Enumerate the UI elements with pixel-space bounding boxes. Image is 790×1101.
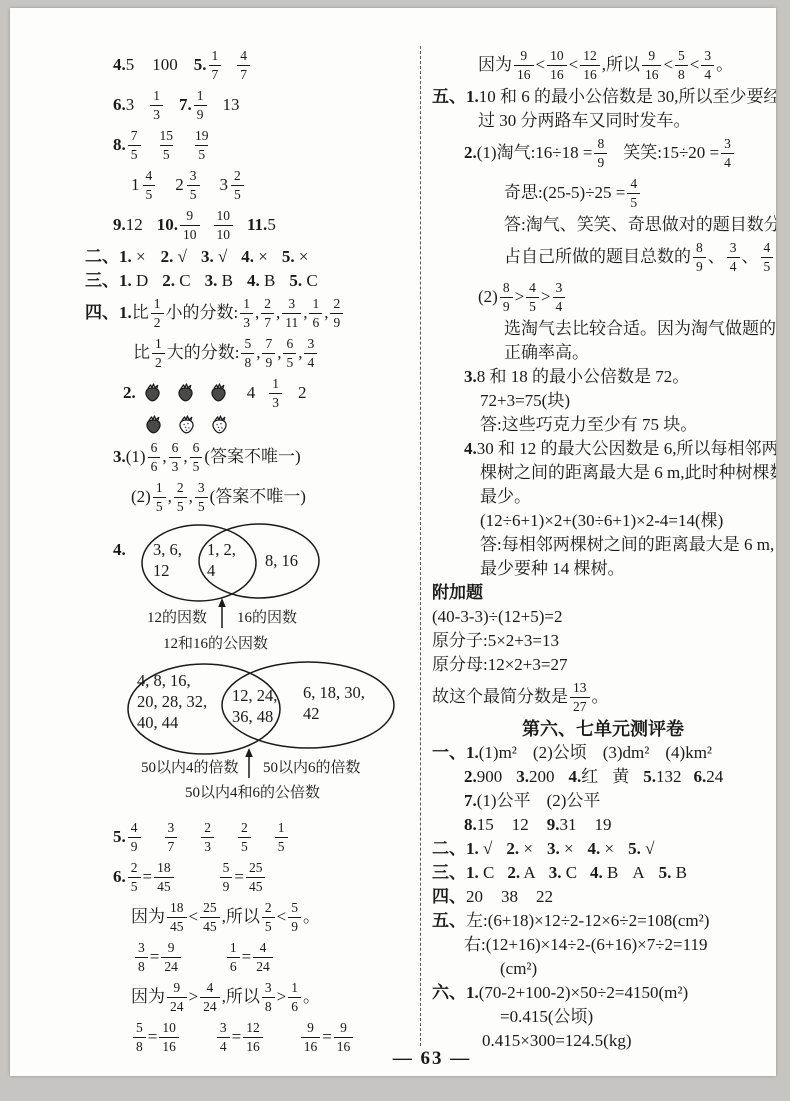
fraction: 424 [200, 980, 220, 1014]
fraction: 195 [192, 128, 212, 162]
answer-text: = [148, 1026, 158, 1048]
strawberry-outline-icon [208, 415, 231, 436]
fraction: 25 [238, 820, 251, 854]
item-marker: 9. [547, 814, 560, 836]
fraction: 45 [526, 280, 539, 314]
fraction: 924 [161, 940, 181, 974]
answer-line: (2)15,25,35(答案不唯一) [85, 478, 415, 516]
answer-text: (3)dm² [603, 742, 650, 764]
answer-text: 3 [126, 94, 135, 116]
answer-text: 200 [529, 766, 555, 788]
strawberry-outline-icon [175, 415, 198, 436]
fraction: 1845 [167, 900, 187, 934]
fraction: 89 [693, 240, 706, 274]
answer-line: 五、1.10 和 6 的最小公倍数是 30,所以至少要经 [432, 86, 774, 108]
answer-column-left: 4.51005.17476.3137.19138.751551951452353… [85, 46, 415, 1058]
answer-line: 8.15129.3119 [432, 814, 774, 836]
mixed-number: 145 [131, 166, 157, 204]
fraction: 34 [217, 1020, 230, 1054]
answer-text: 100 [152, 54, 178, 76]
answer-line: 三、1. D2. C3. B4. B5. C [85, 270, 415, 292]
fraction: 916 [301, 1020, 321, 1054]
fraction: 34 [553, 280, 566, 314]
answer-text: (2) [478, 286, 498, 308]
answer-text: < [189, 906, 199, 928]
fraction: 45 [761, 240, 774, 274]
answer-text: 原分子:5×2+3=13 [432, 630, 559, 652]
answer-line: 7.(1)公平(2)公平 [432, 790, 774, 812]
answer-line: 四、203822 [432, 886, 774, 908]
fraction: 15 [153, 480, 166, 514]
answer-text: 12 [126, 214, 143, 236]
fraction: 59 [288, 900, 301, 934]
answer-line: 一、1.(1)m²(2)公顷(3)dm²(4)km² [432, 742, 774, 764]
column-divider-dashed-line [420, 46, 421, 1046]
answer-text: > [277, 986, 287, 1008]
answer-line: 二、1. √2. ×3. ×4. ×5. √ [432, 838, 774, 860]
answer-text: (40-3-3)÷(12+5)=2 [432, 606, 562, 628]
answer-text: (1)m² [479, 742, 517, 764]
fraction: 65 [283, 336, 296, 370]
fraction: 13 [150, 88, 163, 122]
answer-text: (cm²) [500, 958, 537, 980]
item-marker: 7. [464, 790, 477, 812]
answer-text: 大的分数: [167, 342, 240, 364]
answer-text: 答:淘气、笑笑、奇思做对的题目数分别 [504, 214, 776, 236]
venn-right-label: 16的因数 [237, 606, 297, 627]
fraction: 13 [269, 376, 282, 410]
answer-text: = [242, 946, 252, 968]
answer-text: (2)公顷 [533, 742, 587, 764]
fraction: 38 [135, 940, 148, 974]
fraction: 65 [190, 440, 203, 474]
answer-text: , [277, 342, 281, 364]
fraction: 45 [143, 168, 156, 202]
answer-text: 正确率高。 [504, 342, 589, 364]
fraction: 12 [151, 296, 164, 330]
item-marker: 4. [241, 246, 254, 268]
left-column-lower-lines: 5.49372325156.25=184559=2545因为1845<2545,… [85, 818, 415, 1056]
fraction: 311 [282, 296, 301, 330]
answer-line: 2.9003.2004.红黄5.1326.24 [432, 766, 774, 788]
answer-text: 因为 [478, 54, 512, 76]
item-marker: 2. [506, 838, 519, 860]
venn-right-set: 8, 16 [265, 550, 298, 571]
answer-text: 10 和 6 的最小公倍数是 30,所以至少要经 [479, 86, 776, 108]
answer-text: B [260, 270, 276, 292]
venn-left-set: 4, 8, 16, 20, 28, 32, 40, 44 [137, 670, 207, 733]
answer-text: B [217, 270, 233, 292]
answer-line: 145235325 [85, 166, 415, 204]
answer-text: 22 [536, 886, 553, 908]
answer-text: × [295, 246, 309, 268]
answer-line: 4.51005.1747 [85, 46, 415, 84]
fraction: 155 [157, 128, 177, 162]
right-column-lines: 因为916<1016<1216,所以916<58<34。五、1.10 和 6 的… [432, 46, 774, 1052]
answer-text: 0.415×300=124.5(kg) [482, 1030, 632, 1052]
fraction: 1010 [214, 208, 234, 242]
answer-line: 三、1. C2. A3. C4. BA5. B [432, 862, 774, 884]
answer-text: 72+3=75(块) [480, 390, 570, 412]
answer-line: 因为924>424,所以38>16。 [85, 978, 415, 1016]
item-marker: 三、1. [85, 270, 132, 292]
item-marker: 2. [161, 246, 174, 268]
answer-text: 过 30 分两路车又同时发车。 [478, 110, 691, 132]
answer-line: 2.(1)淘气:16÷18 =89笑笑:15÷20 =34 [432, 134, 774, 172]
answer-text: × [254, 246, 268, 268]
answer-text: (1)淘气:16÷18 = [477, 142, 593, 164]
item-marker: 5. [194, 54, 207, 76]
answer-line: (40-3-3)÷(12+5)=2 [432, 606, 774, 628]
answer-text: < [277, 906, 287, 928]
answer-text: = [322, 1026, 332, 1048]
fraction: 34 [304, 336, 317, 370]
answer-text: , [298, 342, 302, 364]
item-marker: 四、1. [85, 302, 132, 324]
fraction: 75 [128, 128, 141, 162]
answer-line: 因为916<1016<1216,所以916<58<34。 [432, 46, 774, 84]
answer-text: D [132, 270, 149, 292]
item-marker: 10. [157, 214, 178, 236]
answer-line: (2)89>45>34 [432, 278, 774, 316]
item-marker: 7. [179, 94, 192, 116]
answer-line: 四、1.比12小的分数:13,27,311,16,29 [85, 294, 415, 332]
item-marker: 5. [628, 838, 641, 860]
answer-line: 二、1. ×2. √3. √4. ×5. × [85, 246, 415, 268]
answer-text: < [690, 54, 700, 76]
venn-left-set: 3, 6, 12 [153, 539, 182, 581]
fraction: 916 [334, 1020, 354, 1054]
venn-left-label: 50以内4的倍数 [141, 756, 239, 777]
fraction: 16 [288, 980, 301, 1014]
answer-line: 选淘气去比较合适。因为淘气做题的 [432, 318, 774, 340]
fraction: 45 [627, 176, 640, 210]
answer-text: 20 [466, 886, 483, 908]
strawberry-filled-icon [142, 415, 165, 436]
answer-text: 900 [477, 766, 503, 788]
answer-text: (2) [131, 486, 151, 508]
answer-text: > [189, 986, 199, 1008]
answer-text: 比 [132, 302, 149, 324]
answer-text: C [561, 862, 577, 884]
item-number: 4. [113, 540, 126, 560]
answer-text: , [256, 342, 260, 364]
fraction: 916 [514, 48, 534, 82]
fraction: 2545 [200, 900, 220, 934]
item-marker: 二、1. [432, 838, 479, 860]
fraction: 17 [209, 48, 222, 82]
fraction: 59 [220, 860, 233, 894]
answer-text: 、 [708, 246, 725, 268]
fraction: 89 [594, 136, 607, 170]
answer-text: 。 [716, 54, 733, 76]
answer-text: (1) [126, 446, 146, 468]
answer-text: > [541, 286, 551, 308]
item-marker: 2. [162, 270, 175, 292]
answer-text: A [520, 862, 536, 884]
answer-text: 答:这些巧克力至少有 75 块。 [480, 414, 697, 436]
answer-text: 笑笑:15÷20 = [623, 142, 719, 164]
answer-text: B [603, 862, 619, 884]
answer-line: 8.75155195 [85, 126, 415, 164]
item-marker: 4. [590, 862, 603, 884]
answer-text: 黄 [612, 766, 629, 788]
answer-text: (2)公平 [547, 790, 601, 812]
answer-text: 原分母:12×2+3=27 [432, 654, 568, 676]
fraction: 910 [180, 208, 200, 242]
item-marker: 8. [113, 134, 126, 156]
answer-text: 38 [501, 886, 518, 908]
venn-intersection-label: 50以内4和6的公倍数 [185, 781, 320, 802]
answer-line: 3.8 和 18 的最小公倍数是 72。 [432, 366, 774, 388]
answer-text: √ [641, 838, 655, 860]
answer-text: 选淘气去比较合适。因为淘气做题的 [504, 318, 776, 340]
answer-text: 最少要种 14 棵树。 [480, 558, 625, 580]
answer-line: 原分子:5×2+3=13 [432, 630, 774, 652]
fraction: 1016 [159, 1020, 179, 1054]
answer-text: 红 [581, 766, 598, 788]
answer-text: 30 和 12 的最大公因数是 6,所以每相邻两 [477, 438, 776, 460]
answer-line: 奇思:(25-5)÷25 =45 [432, 174, 774, 212]
fraction: 38 [262, 980, 275, 1014]
answer-text: 12 [512, 814, 529, 836]
item-marker: 二、1. [85, 246, 132, 268]
answer-text: 小的分数: [166, 302, 239, 324]
answer-text: < [663, 54, 673, 76]
fraction: 27 [261, 296, 274, 330]
answer-text: ,所以 [602, 54, 640, 76]
fraction: 25 [174, 480, 187, 514]
answer-text: = [143, 866, 153, 888]
item-marker: 2. [507, 862, 520, 884]
item-marker: 9. [113, 214, 126, 236]
venn-diagram-common-multiples: 4, 8, 16, 20, 28, 32, 40, 44 12, 24, 36,… [85, 660, 415, 812]
answer-line: 2.4132 [85, 374, 415, 412]
item-marker: 2. [123, 382, 136, 404]
venn-left-label: 12的因数 [147, 606, 207, 627]
item-marker: 4. [247, 270, 260, 292]
answer-text: ,所以 [222, 906, 260, 928]
fraction: 34 [701, 48, 714, 82]
answer-text: (答案不唯一) [204, 446, 300, 468]
item-marker: 8. [464, 814, 477, 836]
item-marker: 3. [113, 446, 126, 468]
item-marker: 五、 [432, 910, 466, 932]
answer-line: 72+3=75(块) [432, 390, 774, 412]
venn-intersection-set: 12, 24, 36, 48 [232, 685, 277, 727]
answer-text: 最少。 [480, 486, 531, 508]
answer-text: × [519, 838, 533, 860]
answer-text: 15 [477, 814, 494, 836]
fraction: 2545 [246, 860, 266, 894]
answer-text: 24 [706, 766, 723, 788]
answer-text: × [132, 246, 146, 268]
answer-text: A [632, 862, 644, 884]
fraction: 25 [231, 168, 244, 202]
fraction: 15 [275, 820, 288, 854]
item-marker: 4. [113, 54, 126, 76]
answer-text: < [569, 54, 579, 76]
answer-text: 。 [303, 906, 320, 928]
fraction: 63 [169, 440, 182, 474]
answer-text: 。 [303, 986, 320, 1008]
answer-line: 比12大的分数:58,79,65,34 [85, 334, 415, 372]
answer-text: C [175, 270, 191, 292]
answer-line: 故这个最简分数是1327。 [432, 678, 774, 716]
answer-line: 最少。 [432, 486, 774, 508]
fraction: 89 [500, 280, 513, 314]
item-marker: 5. [289, 270, 302, 292]
answer-text: > [515, 286, 525, 308]
fraction: 47 [237, 48, 250, 82]
answer-text: 右:(12+16)×14÷2-(6+16)×7÷2=119 [464, 934, 708, 956]
answer-text: 132 [656, 766, 682, 788]
answer-text: × [560, 838, 574, 860]
fraction: 23 [201, 820, 214, 854]
answer-text: √ [173, 246, 187, 268]
fraction: 16 [227, 940, 240, 974]
item-marker: 6. [113, 866, 126, 888]
venn-intersection-set: 1, 2, 4 [207, 539, 236, 581]
answer-text: , [303, 302, 307, 324]
answer-text: (答案不唯一) [210, 486, 306, 508]
mixed-number: 235 [175, 166, 201, 204]
answer-text: , [162, 446, 166, 468]
item-marker: 3. [205, 270, 218, 292]
item-marker: 五、1. [432, 86, 479, 108]
venn-intersection-label: 12和16的公因数 [163, 632, 268, 653]
item-marker: 3. [464, 366, 477, 388]
fraction: 66 [148, 440, 161, 474]
item-marker: 3. [201, 246, 214, 268]
answer-line: 五、左:(6+18)×12÷2-12×6÷2=108(cm²) [432, 910, 774, 932]
fraction: 13 [240, 296, 253, 330]
item-marker: 3. [549, 862, 562, 884]
answer-text: (1)公平 [477, 790, 531, 812]
answer-line: 占自己所做的题目总数的89、34、45。 [432, 238, 774, 276]
answer-text: 2 [298, 382, 307, 404]
answer-text: × [600, 838, 614, 860]
venn-diagram-common-factors: 4. 3, 6, 12 1, 2, 4 8, 16 12的因数 16的因数 12… [85, 522, 415, 656]
fraction: 12 [152, 336, 165, 370]
answer-line: 六、1.(70-2+100-2)×50÷2=4150(m²) [432, 982, 774, 1004]
answer-line: 38=92416=424 [85, 938, 415, 976]
answer-line: 右:(12+16)×14÷2-(6+16)×7÷2=119 [432, 934, 774, 956]
answer-text: 因为 [131, 986, 165, 1008]
left-column-upper-lines: 4.51005.17476.3137.19138.751551951452353… [85, 46, 415, 516]
item-marker: 5. [659, 862, 672, 884]
item-marker: 5. [113, 826, 126, 848]
fraction: 1216 [243, 1020, 263, 1054]
fraction: 34 [721, 136, 734, 170]
item-marker: 四、 [432, 886, 466, 908]
answer-line: 9.1210.910101011.5 [85, 206, 415, 244]
item-marker: 3. [516, 766, 529, 788]
fraction: 79 [262, 336, 275, 370]
strawberry-filled-icon [141, 383, 164, 404]
fraction: 25 [262, 900, 275, 934]
answer-text: 、 [742, 246, 759, 268]
answer-text: 奇思:(25-5)÷25 = [504, 182, 625, 204]
answer-line: 5.4937232515 [85, 818, 415, 856]
answer-line: 原分母:12×2+3=27 [432, 654, 774, 676]
answer-text: 。 [592, 686, 609, 708]
answer-text: = [234, 866, 244, 888]
answer-text: 故这个最简分数是 [432, 686, 568, 708]
answer-line: 棵树之间的距离最大是 6 m,此时种树棵数 [432, 462, 774, 484]
answer-text: 因为 [131, 906, 165, 928]
answer-text: 4 [247, 382, 256, 404]
strawberry-filled-icon [174, 383, 197, 404]
item-marker: 6. [113, 94, 126, 116]
answer-text: (70-2+100-2)×50÷2=4150(m²) [479, 982, 688, 1004]
answer-line: 最少要种 14 棵树。 [432, 558, 774, 580]
venn-right-set: 6, 18, 30, 42 [303, 682, 365, 724]
answer-line: 正确率高。 [432, 342, 774, 364]
answer-text: , [183, 446, 187, 468]
answer-line [85, 414, 415, 436]
item-marker: 6. [694, 766, 707, 788]
answer-line: 6.3137.1913 [85, 86, 415, 124]
answer-text: √ [214, 246, 228, 268]
item-marker: 5. [643, 766, 656, 788]
answer-text: 13 [223, 94, 240, 116]
item-marker: 一、1. [432, 742, 479, 764]
fraction: 35 [187, 168, 200, 202]
answer-text: 棵树之间的距离最大是 6 m,此时种树棵数 [480, 462, 776, 484]
answer-line: 因为1845<2545,所以25<59。 [85, 898, 415, 936]
item-marker: 三、1. [432, 862, 479, 884]
fraction: 424 [253, 940, 273, 974]
fraction: 58 [675, 48, 688, 82]
fraction: 35 [195, 480, 208, 514]
fraction: 1327 [570, 680, 590, 714]
answer-text: , [189, 486, 193, 508]
item-marker: 4. [464, 438, 477, 460]
fraction: 34 [727, 240, 740, 274]
answer-line: 过 30 分两路车又同时发车。 [432, 110, 774, 132]
answer-column-right: 因为916<1016<1216,所以916<58<34。五、1.10 和 6 的… [432, 46, 774, 1054]
answer-text: (4)km² [665, 742, 712, 764]
item-marker: 11. [247, 214, 267, 236]
answer-text: = [150, 946, 160, 968]
answer-text: C [479, 862, 495, 884]
answer-text: B [671, 862, 687, 884]
fraction: 19 [194, 88, 207, 122]
answer-text: =0.415(公顷) [500, 1006, 593, 1028]
answer-text: 5 [126, 54, 135, 76]
item-marker: 第六、七单元测评卷 [522, 718, 684, 740]
answer-text: < [536, 54, 546, 76]
answer-text: 5 [267, 214, 276, 236]
item-marker: 附加题 [432, 582, 483, 604]
item-marker: 六、1. [432, 982, 479, 1004]
answer-line: 答:淘气、笑笑、奇思做对的题目数分别 [432, 214, 774, 236]
mixed-number: 325 [220, 166, 246, 204]
fraction: 49 [128, 820, 141, 854]
fraction: 58 [133, 1020, 146, 1054]
answer-line: (cm²) [432, 958, 774, 980]
fraction: 924 [167, 980, 187, 1014]
fraction: 1216 [580, 48, 600, 82]
answer-text: 占自己所做的题目总数的 [504, 246, 691, 268]
fraction: 37 [165, 820, 178, 854]
answer-text: 左:(6+18)×12÷2-12×6÷2=108(cm²) [466, 910, 709, 932]
item-marker: 5. [282, 246, 295, 268]
answer-line: 6.25=184559=2545 [85, 858, 415, 896]
fraction: 1016 [547, 48, 567, 82]
answer-text: 19 [595, 814, 612, 836]
